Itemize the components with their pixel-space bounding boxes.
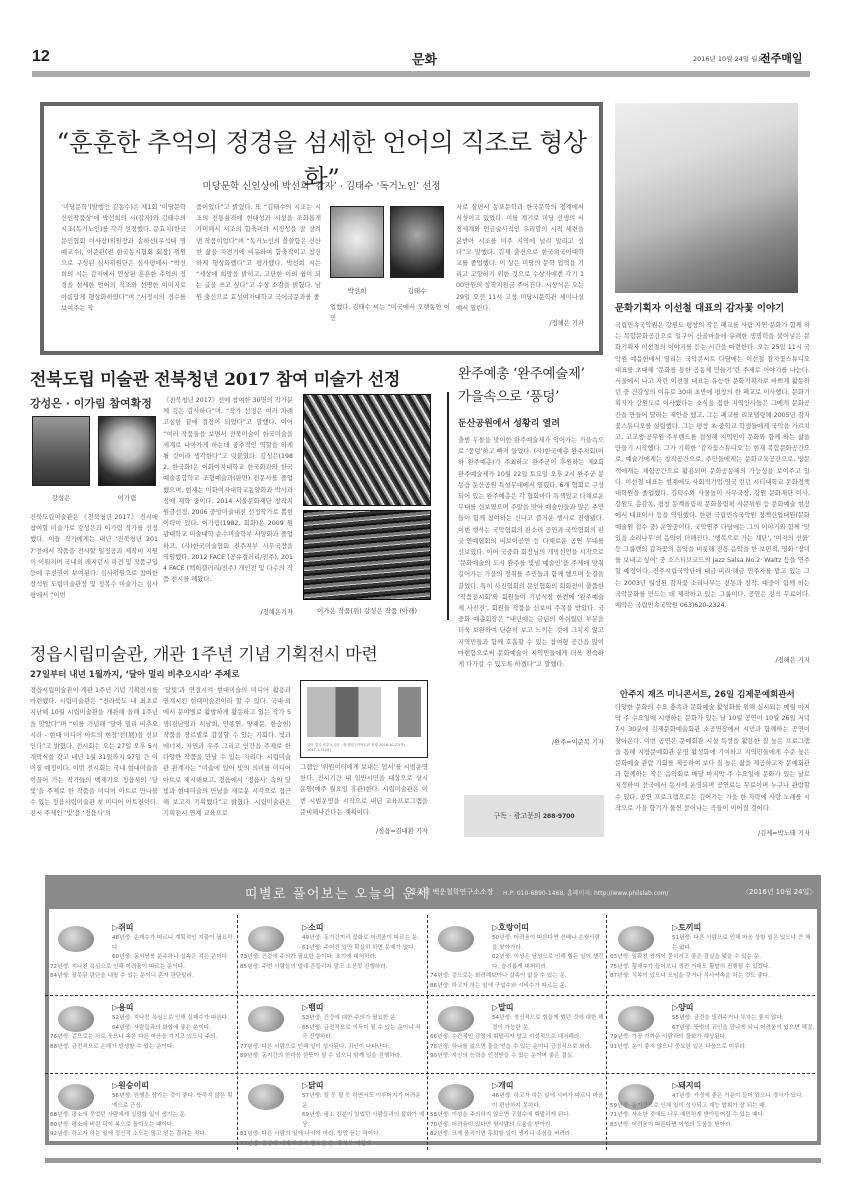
fortune-line: 86년생: 하고자 하는 일에 구설수와 시비수가 따르는 운.	[430, 982, 605, 992]
article-column: ‘미당문학’(발행인 김동수)은 제1회 ‘미당문학 신인작품상’에 박선희의 …	[61, 202, 186, 328]
sign-name: ▷돼지띠	[672, 1080, 701, 1091]
fortune-line: 46년생: 하고자 하는 일에 시비가 따르니 마음이 편안하지 못하다.	[430, 1092, 605, 1111]
article-headline: 안주지 재즈 미니콘서트, 26일 김제문예회관서	[620, 688, 810, 700]
fortune-line: 62년생: 이성은 남성으로 인해 힘든 일이 생긴다. 슬기롭게 대처하라.	[430, 953, 605, 972]
horoscope-pig: ▷돼지띠 47년생: 가정에 좋은 기운이 들어 왔으니 경사가 있다.59년생…	[610, 1076, 842, 1154]
fortune-line: 87년생: 식복이 있으니 모임을 갖거나 식사약속을 하는 것도 좋다.	[610, 972, 815, 982]
fortune-line: 59년생: 동기간으로 인해 일이 성사되고 재능 발휘가 잘 되는 때.	[610, 1102, 815, 1112]
poster-text: 달아 멀리 비추오시라 · 현대미디어아트의 현장 2016.10.27(목) …	[307, 743, 421, 753]
fortune-line: 48년생: 손재수가 따르니 계획적인 지출이 필요하다.	[50, 934, 235, 953]
photo-caption: 김태수	[390, 286, 444, 295]
fortune-line: 72년생: 지나친 욕심으로 인해 어려움이 따르는 운이다.	[50, 963, 235, 973]
fortune-line: 88년생: 금전적으로 손해가 발생할 수 있는 운이다.	[50, 1043, 235, 1053]
artwork-lee-gaeun	[303, 394, 431, 506]
issue-date: 2016년 10월 24일 월요일	[693, 54, 770, 63]
byline: /완주=이준복 기자	[458, 737, 604, 746]
article-column: 전북도립미술관은 《전북청년 2017》 전시에 참여할 미술가로 강성은과 이…	[30, 512, 158, 622]
subscription-ad: 구독 · 광고문의 288-9700	[464, 795, 604, 837]
sign-name: ▷말띠	[492, 1002, 514, 1013]
article-headline: 전북도립 미술관 전북청년 2017 참여 미술가 선정	[30, 365, 450, 390]
footer-divider	[45, 1158, 821, 1163]
fortune-line: 66년생: 순간적인 감정에 휘말리지 말고 이성적으로 대처해라.	[430, 1033, 605, 1043]
article-body: 출범 두돌을 맞이한 완주예술제가 익어가는 가을속으로 ‘풍덩’하고 빠져 들…	[458, 435, 604, 738]
fortune-line: 79년생: 가장 가까운 사람과의 불화가 예상된다.	[610, 1033, 815, 1043]
horoscope-contact: H.P: 010-6890-1468, 홈페이지: http://www.phi…	[503, 888, 669, 897]
fortune-line: 76년생: 겉으로는 서로 웃으나 속은 다른 마음을 가지고 있으니 주의.	[50, 1033, 235, 1043]
ad-label: 구독 · 광고문의	[493, 812, 540, 820]
exhibition-poster: 달아 멀리 비추오시라 · 현대미디어아트의 현장 2016.10.27(목) …	[300, 680, 428, 758]
fortune-line: 67년생: 뜻밖의 귀인을 만나게 되니 어려움이 있으면 해결.	[610, 1024, 815, 1034]
fortune-line: 93년생: 건강에 대해 주의가 필요한 운. 휴식도 어렵다.	[240, 1140, 425, 1150]
fortune-line: 89년생: 동기간의 한마음 한뜻이 될 수 있으니 함께 일을 진행하라.	[240, 1052, 425, 1062]
fortune-line: 81년생: 다른 사람의 일에 나서지 마라. 방망 듣는 격이다.	[240, 1130, 425, 1140]
article-midang-award: “훈훈한 추억의 정경을 섬세한 언어의 직조로 형상화” 미당문학 신인상에 …	[40, 102, 603, 355]
sign-name: ▷개띠	[492, 1080, 514, 1091]
fortune-line: 91년생: 운이 좋지 않으니 중요한 일은 다음으로 미루라.	[610, 1043, 815, 1053]
fortune-line: 83년생: 어려움이 따른다면 이성의 도움을 받아라.	[610, 1121, 815, 1131]
column-divider	[447, 392, 449, 620]
poster-image	[307, 687, 421, 737]
article-column: ‘달빛’과 연결시켜 현대미술의 미디어 활용과 연계시킨 현대미술전이라 할 …	[163, 685, 291, 870]
sign-name: ▷호랑이띠	[492, 922, 529, 933]
article-subheadline: 둔산공원에서 성황리 열려	[458, 416, 560, 429]
article-subheadline: 강성은 · 이가림 참여확정	[30, 395, 152, 411]
article-subheadline: 미당문학 신인상에 박선희 ‘감자’ · 김태수 ‘독거노인’ 선정	[44, 178, 599, 192]
fortune-line: 82년생: 크게 움직이면 후회할 일이 생기니 욕심을 버려라.	[430, 1130, 605, 1140]
sign-name: ▷소띠	[302, 922, 324, 933]
article-subheadline: 27일부터 내년 1월까지, ‘달아 멀리 비추오시라’ 주제로	[30, 668, 239, 680]
fortune-line: 80년생: 평소에 버린 덕이 복으로 돌아오는 때이다.	[50, 1121, 235, 1131]
ad-phone: 288-9700	[543, 813, 575, 820]
sign-name: ▷닭띠	[302, 1080, 324, 1091]
photo-kang-sungeun	[32, 416, 90, 486]
fortune-line: 60년생: 동서남북 분주하나 실속은 적은 운이다.	[50, 953, 235, 963]
fortune-line: 56년생: 원행은 삼가는 것이 좋다. 뜻하지 않은 횡액으로 근심.	[50, 1092, 235, 1111]
horoscope-date: 〈2016년 10월 24일〉	[742, 887, 816, 897]
horoscope-rabbit: ▷토끼띠 51년생: 다른 사람으로 인해 마음 상할 일은 있으나 큰 해는 …	[610, 918, 842, 996]
byline: /김제=박노태 기자	[615, 828, 810, 837]
sign-name: ▷쥐띠	[112, 922, 134, 933]
photo-park-sunhee	[330, 206, 384, 278]
article-headline: 완주예총 ‘완주예술제’	[458, 362, 608, 382]
article-column: 자로 살면서 동포문학과 한국문학의 경계에서 서성이고 있었다. 이를 계기로…	[456, 202, 584, 318]
fortune-line: 49년생: 동기간끼리 불화로 어려움이 따르는 운.	[240, 934, 425, 944]
article-column: 품이었다”고 밝혔다. 또 “김태수의 시조는 시조의 전통율격에 현대성과 시…	[196, 202, 321, 328]
article-column: 《전북청년 2017》전에 참여한 30명의 작가분께 깊은 감사하다”며, “…	[163, 395, 293, 607]
article-body: 국립민속국악원은 강원도 평창의 작은 폐교를 사람·자연·문화가 함께 하는 …	[615, 320, 810, 655]
fortune-line: 78년생: 하나를 잃으면 둘을 얻을 수 있는 운이니 긍정적으로 봐라.	[430, 1043, 605, 1053]
horoscope-author: 홍주미 백운철학연구소소장	[410, 887, 493, 897]
fortune-line: 52년생: 지나친 욕심으로 인해 실패수가 따른다.	[50, 1014, 235, 1024]
fortune-line: 74년생: 겉으로는 화려해보이나 실속이 없을 수 있는 운.	[430, 972, 605, 982]
sign-name: ▷용띠	[112, 1002, 134, 1013]
fortune-line: 55년생: 금전을 빌려주거나 투자는 좋지 않다.	[610, 1014, 815, 1024]
fortune-line: 71년생: 사소한 것에도 너무 예민하게 받아들여질 수 있는 때다.	[610, 1111, 815, 1121]
fortune-line: 51년생: 다른 사람으로 인해 마음 상할 일은 있으나 큰 해는 없다.	[610, 934, 815, 953]
fortune-line: 53년생: 건강에 대한 주의가 필요한 운.	[240, 1014, 425, 1024]
sign-name: ▷뱀띠	[302, 1002, 324, 1013]
photo-kim-taesu	[390, 206, 444, 278]
byline: /정해은 기자	[456, 318, 584, 327]
newspaper-name: 전주매일	[760, 50, 803, 66]
fortune-line: 69년생: 평소 친분이 있었던 사람들과의 불화가 예상.	[240, 1111, 425, 1130]
page-number: 12	[32, 48, 50, 66]
fortune-line: 54년생: 정신적으로 힘들게 했던 것에 대한 해결이 가능한 운.	[430, 1014, 605, 1033]
fortune-line: 77년생: 다른 사람으로 인해 일이 성사된다. 귀인이 나타난다.	[240, 1043, 425, 1053]
sign-name: ▷토끼띠	[672, 922, 701, 933]
byline: /정해은기자	[163, 607, 293, 616]
byline: /정해은 기자	[615, 655, 810, 664]
fortune-line: 65년생: 금전적으로 이득이 될 수 있는 운이니 적극 진행하라.	[240, 1024, 425, 1043]
fortune-line: 92년생: 하고자 하는 일에 정신적 소모는 많고 얻는 결과는 적다.	[50, 1130, 235, 1140]
fortune-line: 64년생: 사람들과의 화합에 좋은 운이다.	[50, 1024, 235, 1034]
fortune-line: 61년생: 주어진 일만 확실히 하면 문제가 없다.	[240, 944, 425, 954]
horoscope-sheep: ▷양띠 55년생: 금전을 빌려주거나 투자는 좋지 않다.67년생: 뜻밖의 …	[610, 998, 842, 1076]
fortune-line: 73년생: 건강에 주의가 필요한 운이다. 초기에 대처하라.	[240, 953, 425, 963]
article-body: 다양한 문화의 수요 충족과 문화예술 활성화를 위해 실시되는 매월 마지막 …	[615, 702, 810, 830]
fortune-line: 90년생: 자신의 능력을 인정받을 수 있는 운이며 좋은 결실.	[430, 1052, 605, 1062]
photo-caption: 이가림	[98, 493, 156, 502]
photo-lee-seoncheol	[615, 103, 798, 293]
fortune-line: 68년생: 평소에 뭇었던 사람에게 실망할 일이 생기는 운.	[50, 1111, 235, 1121]
fortune-line: 85년생: 주변 사람들의 말에 흔들리지 말고 소신껏 진행하라.	[240, 963, 425, 973]
fortune-line: 58년생: 이성을 주의하지 않으면 구설수에 휘말리게 된다.	[430, 1111, 605, 1121]
header-divider	[32, 71, 810, 77]
byline: /정읍=김대환 기자	[300, 826, 428, 835]
photo-caption: 강성은	[32, 493, 90, 502]
fortune-line: 50년생: 어려움이 따른다면 선배나 손윗사람을 찾아가라.	[430, 934, 605, 953]
fortune-line: 47년생: 가정에 좋은 기운이 들어 왔으니 경사가 있다.	[610, 1092, 815, 1102]
artwork-kang-sungeun	[303, 510, 431, 600]
fortune-line: 63년생: 일확천 쌍꺼이 묻히거고 좋은 결실을 맺을 수 있는 운.	[610, 953, 815, 963]
sign-name: ▷원숭이띠	[112, 1080, 149, 1091]
article-headline: 정읍시립미술관, 개관 1주년 기념 기획전시 마련	[30, 640, 450, 665]
fortune-line: 84년생: 잘못된 판단을 내릴 수 있는 운이니 혼자 판단말라.	[50, 972, 235, 982]
article-headline-line2: 가을속으로 ‘풍덩’	[458, 385, 608, 405]
photo-lee-garim	[98, 416, 156, 486]
photo-caption: 박선희	[330, 286, 384, 295]
section-title: 문화	[412, 49, 437, 68]
sign-name: ▷양띠	[672, 1002, 694, 1013]
artwork-caption: 이가은 작품(위) 강성은 작품 (아래)	[303, 606, 431, 615]
fortune-line: 70년생: 어려움이 있다면 윗사람의 도움을 받아라.	[430, 1121, 605, 1131]
fortune-line: 75년생: 횡재수가 들어오니 생전 거래도 활발히 진행될 수 있겠다.	[610, 963, 815, 973]
horoscope-title: 띠별로 풀어보는 오늘의 운세	[245, 883, 431, 902]
article-headline: 문화기획자 이선철 대표의 감자꽃 이야기	[615, 300, 810, 314]
article-column: 정읍시립미술관이 개관 1주년 기념 기획전시를 마련했다. 시립미술관은 “전…	[30, 685, 158, 870]
article-column: 업했다. 김태수 씨는 “미국에서 오랫동안 이민	[330, 302, 450, 326]
fortune-line: 57년생: 될 듯 될 듯 하면서도 이루어지기 어려운 운.	[240, 1092, 425, 1111]
horoscope-title-bar: 띠별로 풀어보는 오늘의 운세 홍주미 백운철학연구소소장 H.P: 010-6…	[45, 875, 821, 909]
